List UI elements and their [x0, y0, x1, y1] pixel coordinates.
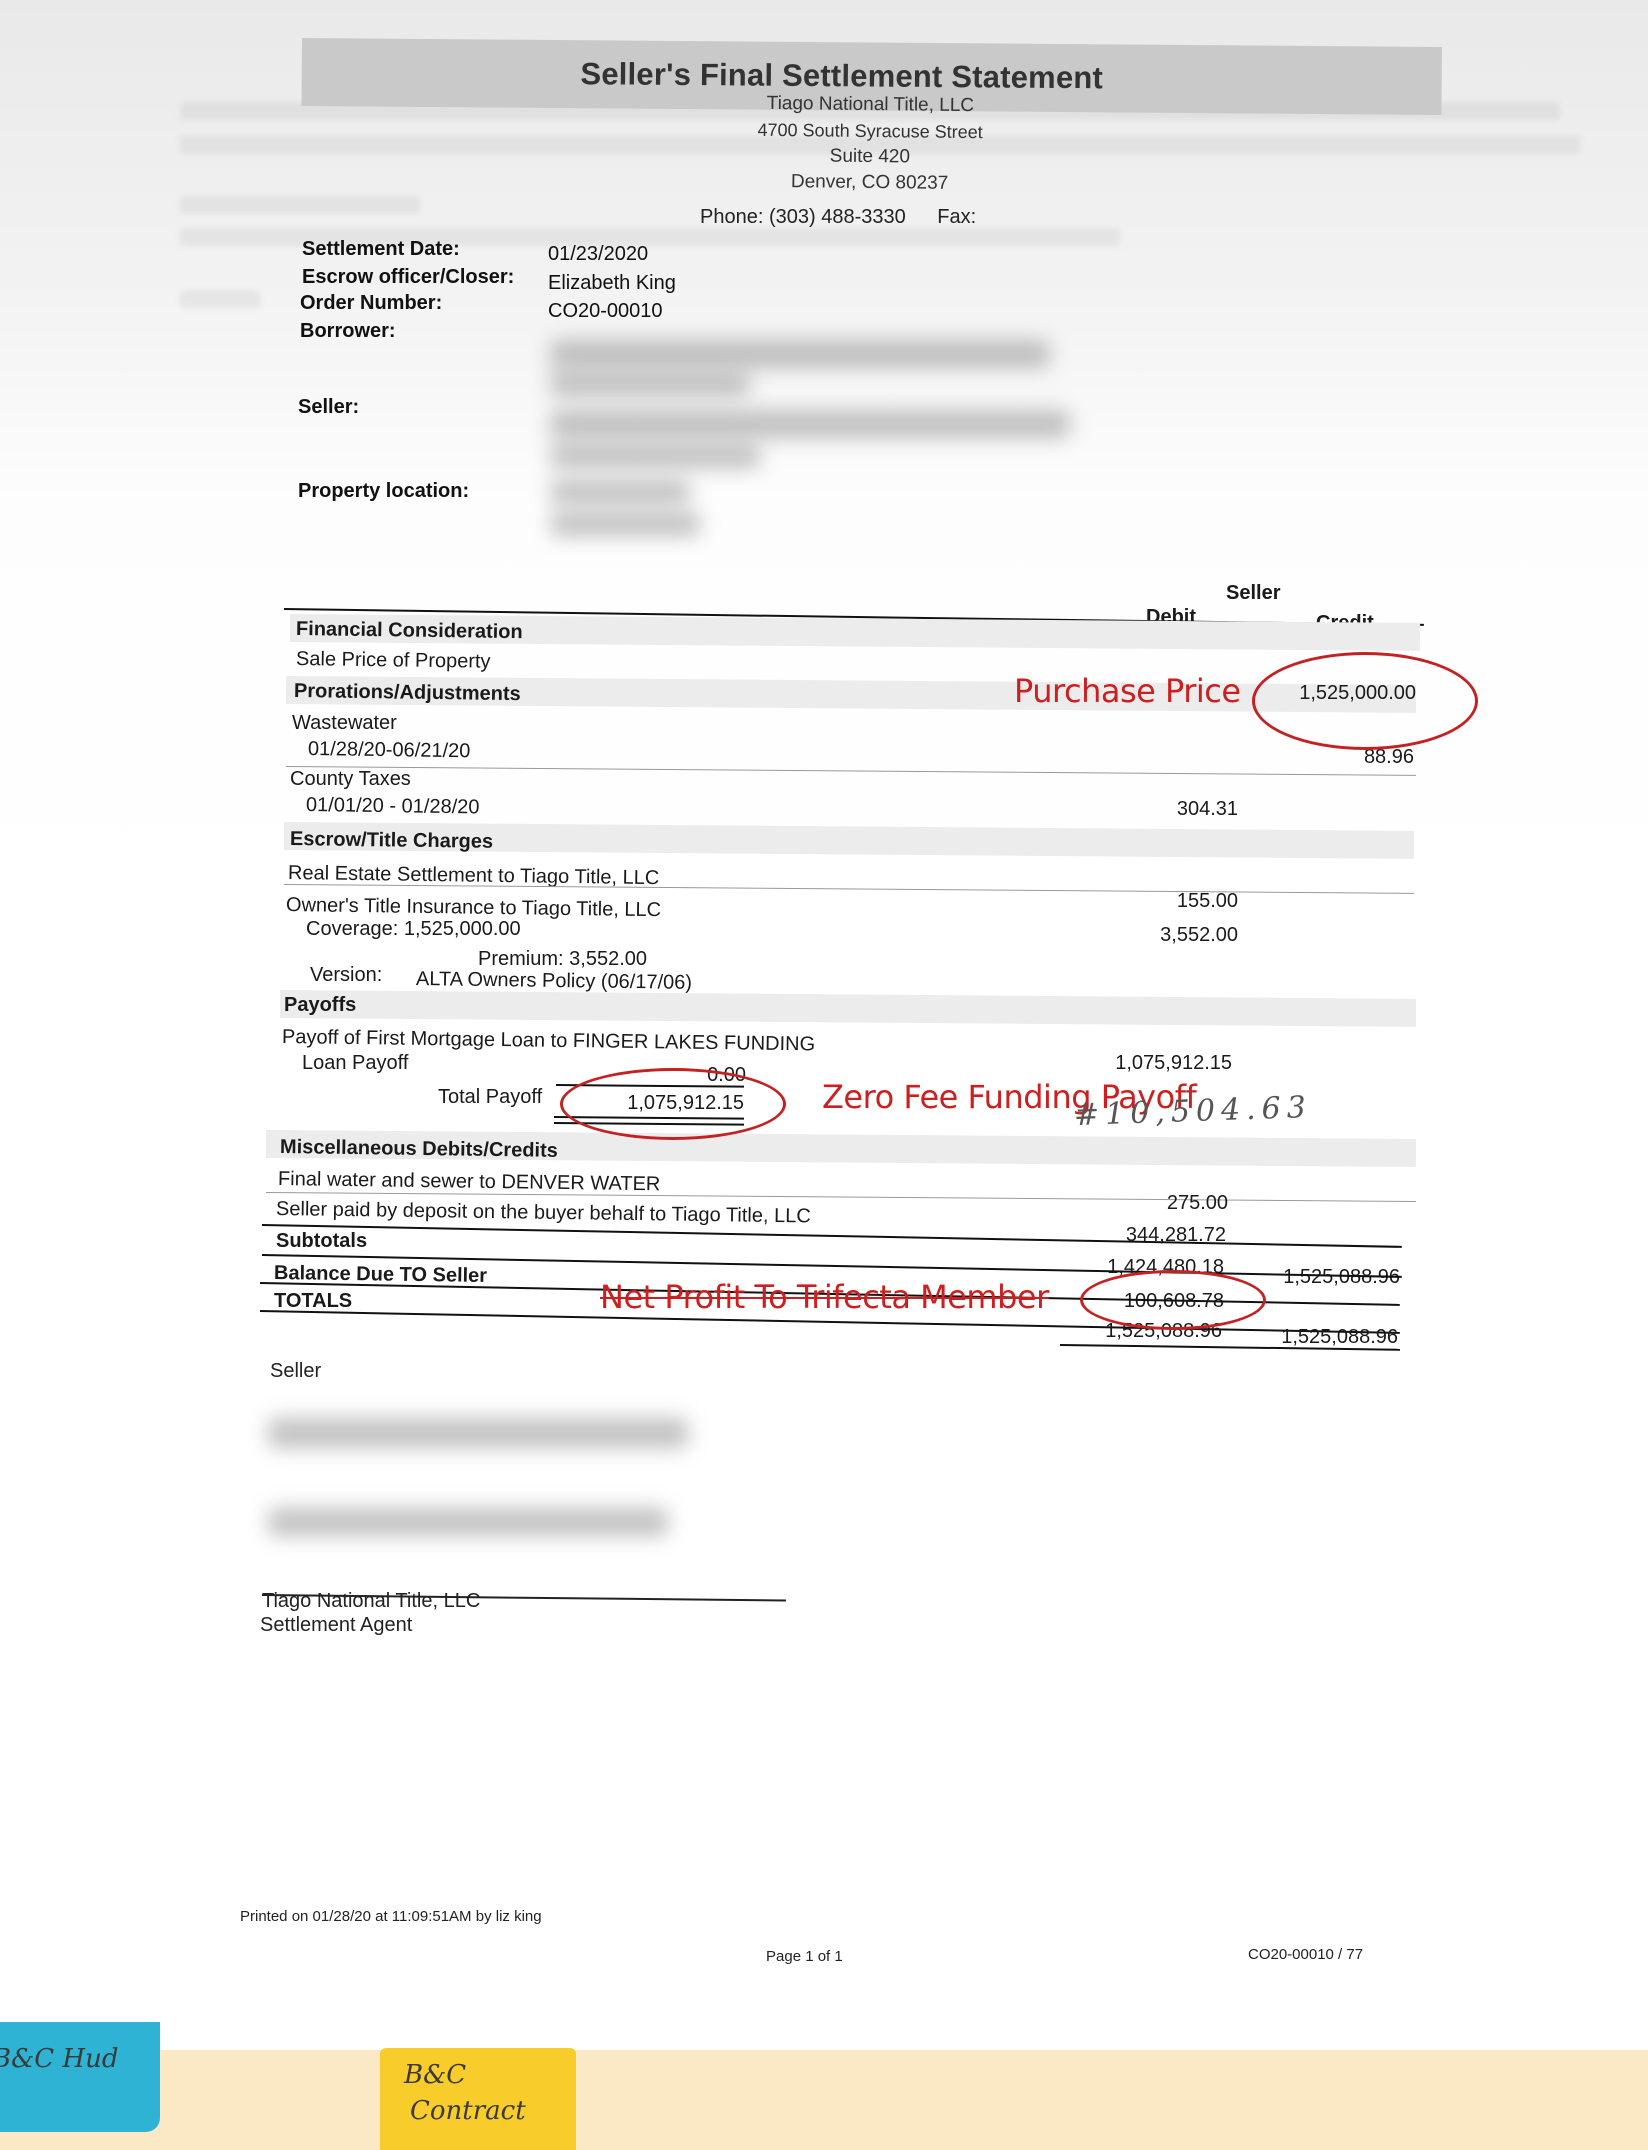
row-divider	[284, 884, 1414, 894]
yellow-tab-line1: B&C	[404, 2060, 466, 2090]
coverage-label: Coverage:	[306, 918, 398, 940]
wastewater-period: 01/28/20-06/21/20	[308, 738, 471, 763]
seller-signature-label: Seller	[270, 1360, 321, 1383]
annotation-net-profit: Net Profit To Trifecta Member	[600, 1278, 1049, 1316]
section-misc: Miscellaneous Debits/Credits	[280, 1136, 558, 1163]
section-financial-consideration: Financial Consideration	[296, 618, 523, 644]
premium-label: Premium:	[478, 948, 564, 970]
subtotals-label: Subtotals	[276, 1230, 367, 1253]
sale-price-label: Sale Price of Property	[296, 648, 491, 674]
scanned-page: Seller's Final Settlement Statement Tiag…	[0, 0, 1648, 2050]
coverage-line: Coverage: 1,525,000.00	[306, 918, 521, 941]
annotation-purchase-price: Purchase Price	[1014, 672, 1241, 710]
folder-edge	[0, 2050, 1648, 2150]
yellow-index-tab: B&C Contract	[380, 2048, 576, 2150]
redacted-seller-signature	[268, 1418, 688, 1448]
wastewater-label: Wastewater	[292, 712, 397, 735]
row-divider	[286, 766, 1416, 776]
annotation-circle-net-profit	[1080, 1270, 1266, 1330]
deposit-label: Seller paid by deposit on the buyer beha…	[276, 1198, 811, 1228]
agent-name: Tiago National Title, LLC	[262, 1590, 480, 1613]
order-reference: CO20-00010 / 77	[1248, 1946, 1363, 1963]
water-sewer-debit: 275.00	[1078, 1192, 1228, 1215]
totals-credit: 1,525,088.96	[1248, 1326, 1398, 1349]
county-taxes-period: 01/01/20 - 01/28/20	[306, 794, 480, 819]
seller-column-group-header: Seller	[1226, 582, 1280, 605]
premium-value: 3,552.00	[569, 948, 647, 970]
owners-title-debit: 3,552.00	[1088, 924, 1238, 947]
settlement-table: Seller Debit Credit Financial Considerat…	[0, 0, 1648, 2150]
section-escrow-title: Escrow/Title Charges	[290, 828, 493, 854]
page-number: Page 1 of 1	[766, 1948, 843, 1965]
county-taxes-label: County Taxes	[290, 768, 411, 791]
blue-tab-label: B&C Hud	[0, 2044, 132, 2074]
payoff-debit: 1,075,912.15	[1082, 1052, 1232, 1075]
yellow-tab-line2: Contract	[410, 2096, 526, 2126]
subtotals-credit: 1,525,088.96	[1250, 1266, 1400, 1289]
blue-index-tab: B&C Hud	[0, 2022, 160, 2132]
version-label: Version:	[310, 964, 382, 987]
county-taxes-debit: 304.31	[1088, 798, 1238, 821]
loan-payoff-label: Loan Payoff	[302, 1052, 408, 1075]
redacted-seller-signature	[268, 1508, 668, 1536]
coverage-value: 1,525,000.00	[404, 918, 521, 940]
section-payoffs: Payoffs	[284, 994, 356, 1017]
printed-on: Printed on 01/28/20 at 11:09:51AM by liz…	[240, 1908, 542, 1925]
total-payoff-label: Total Payoff	[438, 1086, 542, 1109]
section-prorations: Prorations/Adjustments	[294, 680, 521, 706]
premium-line: Premium: 3,552.00	[478, 948, 647, 971]
settlement-fee-debit: 155.00	[1088, 890, 1238, 913]
wastewater-credit: 88.96	[1264, 746, 1414, 769]
agent-role: Settlement Agent	[260, 1614, 412, 1637]
subtotals-rule	[262, 1224, 1402, 1248]
annotation-circle-purchase-price	[1252, 652, 1478, 750]
annotation-circle-total-payoff	[560, 1068, 786, 1140]
section-band	[280, 990, 1416, 1027]
